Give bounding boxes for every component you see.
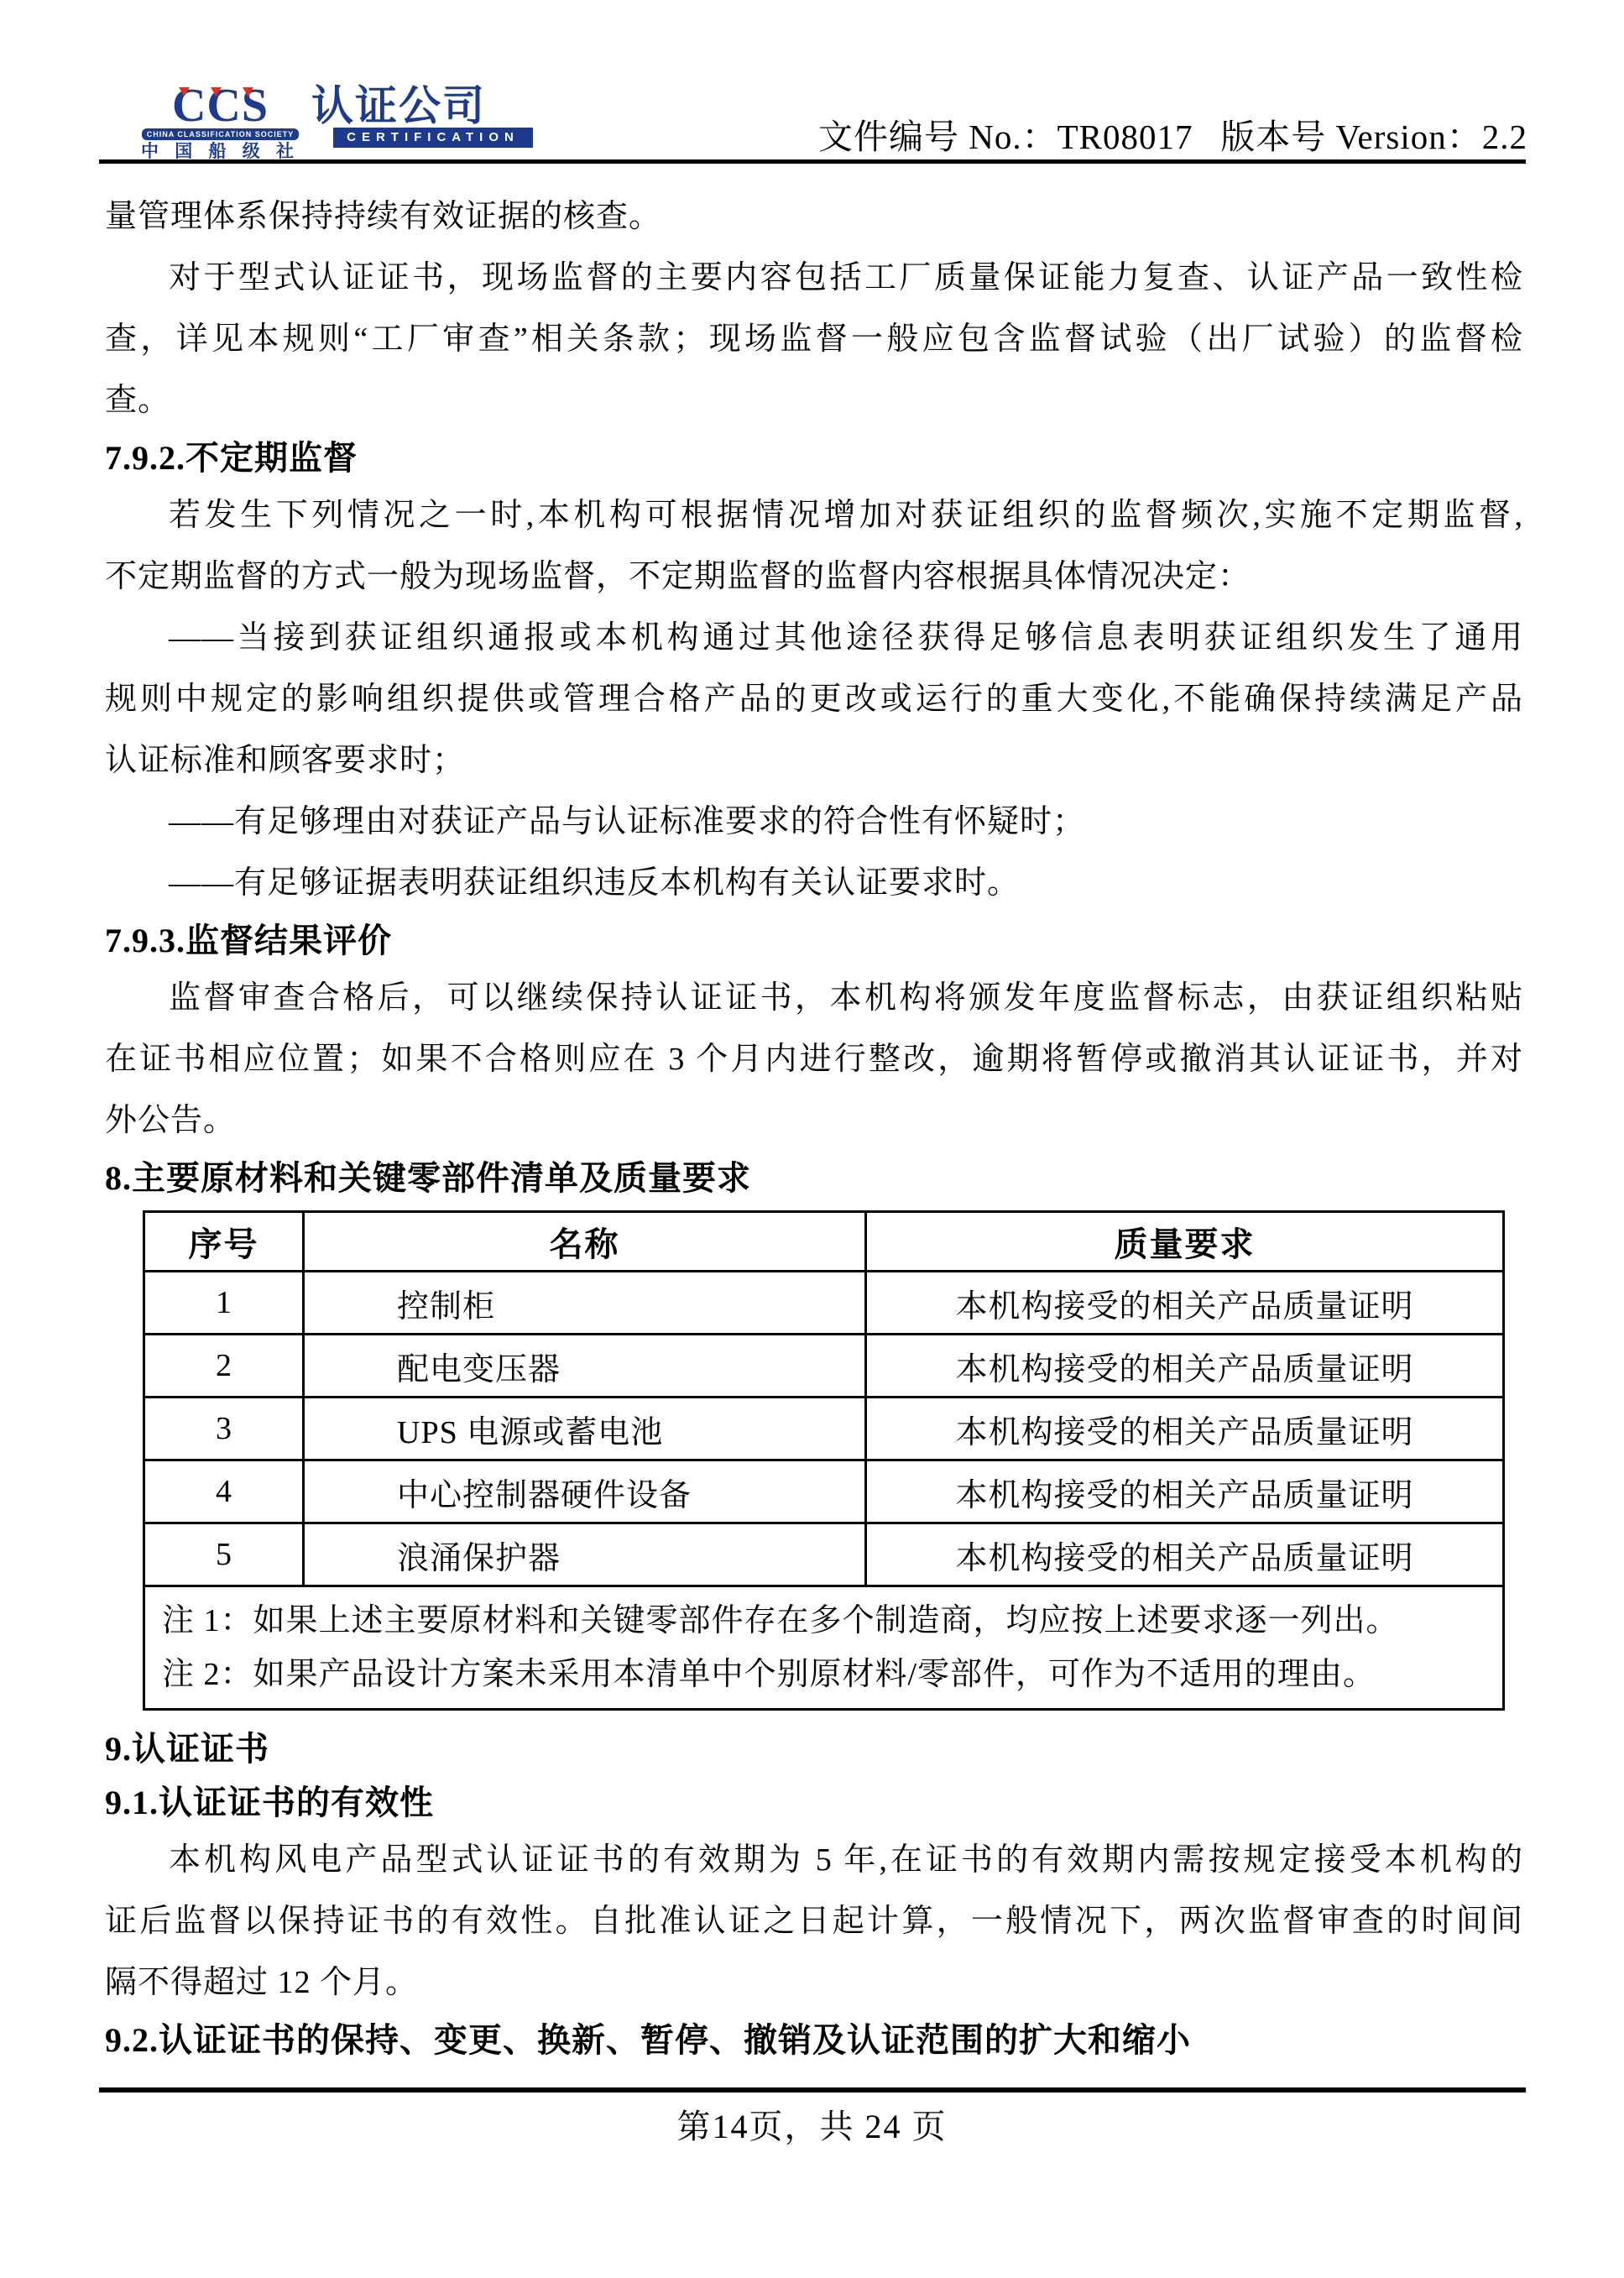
paragraph-line: 若发生下列情况之一时,本机构可根据情况增加对获证组织的监督频次,实施不定期监督, [105,485,1523,546]
cell-req: 本机构接受的相关产品质量证明 [866,1398,1504,1460]
document-meta: 文件编号 No.：TR08017 版本号 Version：2.2 [818,109,1527,159]
table-row: 5 浪涌保护器 本机构接受的相关产品质量证明 [144,1523,1504,1586]
paragraph-line: 隔不得超过 12 个月。 [105,1952,1523,2014]
paragraph-line: 本机构风电产品型式认证证书的有效期为 5 年,在证书的有效期内需按规定接受本机构… [105,1830,1523,1891]
cell-no: 2 [144,1335,304,1398]
cell-name: UPS 电源或蓄电池 [304,1398,866,1460]
paragraph-line: 对于型式认证证书，现场监督的主要内容包括工厂质量保证能力复查、认证产品一致性检 [105,248,1523,309]
ccs-logo: CCS CHINA CLASSIFICATION SOCIETY 中 国 船 级… [141,86,533,161]
paragraph-line: 外公告。 [105,1090,1523,1152]
cell-req: 本机构接受的相关产品质量证明 [866,1460,1504,1523]
header-rule [99,159,1526,164]
materials-table: 序号 名称 质量要求 1 控制柜 本机构接受的相关产品质量证明 2 配电变压器 … [143,1210,1505,1711]
table-notes-row: 注 1：如果上述主要原材料和关键零部件存在多个制造商，均应按上述要求逐一列出。 … [144,1586,1504,1710]
table-row: 2 配电变压器 本机构接受的相关产品质量证明 [144,1335,1504,1398]
logo-society-cn: 中 国 船 级 社 [141,141,300,161]
section-heading-9: 9.认证证书 [105,1722,1523,1776]
cell-name: 浪涌保护器 [304,1523,866,1586]
section-heading-8: 8.主要原材料和关键零部件清单及质量要求 [105,1152,1523,1205]
logo-left-block: CCS CHINA CLASSIFICATION SOCIETY 中 国 船 级… [141,86,300,161]
paragraph-line: 在证书相应位置；如果不合格则应在 3 个月内进行整改，逾期将暂停或撤消其认证证书… [105,1029,1523,1090]
paragraph-line: 量管理体系保持持续有效证据的核查。 [105,186,1523,248]
table-header-row: 序号 名称 质量要求 [144,1212,1504,1272]
paragraph-line: 查，详见本规则“工厂审查”相关条款；现场监督一般应包含监督试验（出厂试验）的监督… [105,309,1523,370]
table-note-1: 注 1：如果上述主要原材料和关键零部件存在多个制造商，均应按上述要求逐一列出。 [162,1594,1494,1648]
cell-no: 4 [144,1460,304,1523]
cell-no: 3 [144,1398,304,1460]
table-row: 3 UPS 电源或蓄电池 本机构接受的相关产品质量证明 [144,1398,1504,1460]
paragraph-line: 证后监督以保持证书的有效性。自批准认证之日起计算，一般情况下，两次监督审查的时间… [105,1891,1523,1952]
page-number: 第14页，共 24 页 [0,2100,1624,2148]
paragraph-line: 规则中规定的影响组织提供或管理合格产品的更改或运行的重大变化,不能确保持续满足产… [105,669,1523,730]
cell-name: 配电变压器 [304,1335,866,1398]
cell-no: 1 [144,1272,304,1335]
table-note-2: 注 2：如果产品设计方案未采用本清单中个别原材料/零部件，可作为不适用的理由。 [162,1648,1494,1701]
paragraph-line: 不定期监督的方式一般为现场监督，不定期监督的监督内容根据具体情况决定： [105,546,1523,608]
section-heading-91: 9.1.认证证书的有效性 [105,1776,1523,1830]
document-body: 量管理体系保持持续有效证据的核查。 对于型式认证证书，现场监督的主要内容包括工厂… [105,186,1523,2067]
logo-company-name: 认证公司 [311,86,533,126]
logo-certification-banner: CERTIFICATION [333,128,533,148]
section-heading-92: 9.2.认证证书的保持、变更、换新、暂停、撤销及认证范围的扩大和缩小 [105,2014,1523,2067]
document-page: CCS CHINA CLASSIFICATION SOCIETY 中 国 船 级… [0,0,1624,2278]
logo-right-block: 认证公司 CERTIFICATION [311,86,533,148]
cell-no: 5 [144,1523,304,1586]
section-heading-793: 7.9.3.监督结果评价 [105,914,1523,968]
paragraph-line: 监督审查合格后，可以继续保持认证证书，本机构将颁发年度监督标志，由获证组织粘贴 [105,968,1523,1029]
paragraph-line: 认证标准和顾客要求时； [105,730,1523,792]
col-header-name: 名称 [304,1212,866,1272]
footer-rule [99,2087,1526,2093]
doc-number: 文件编号 No.：TR08017 [818,109,1193,159]
cell-req: 本机构接受的相关产品质量证明 [866,1523,1504,1586]
paragraph-line: ——有足够理由对获证产品与认证标准要求的符合性有怀疑时； [105,792,1523,853]
col-header-quality: 质量要求 [866,1212,1504,1272]
table-notes-cell: 注 1：如果上述主要原材料和关键零部件存在多个制造商，均应按上述要求逐一列出。 … [144,1586,1504,1710]
cell-name: 中心控制器硬件设备 [304,1460,866,1523]
paragraph-line: ——当接到获证组织通报或本机构通过其他途径获得足够信息表明获证组织发生了通用 [105,608,1523,669]
paragraph-line: 查。 [105,370,1523,431]
version-number: 版本号 Version：2.2 [1220,109,1527,159]
cell-req: 本机构接受的相关产品质量证明 [866,1272,1504,1335]
cell-name: 控制柜 [304,1272,866,1335]
table-row: 1 控制柜 本机构接受的相关产品质量证明 [144,1272,1504,1335]
cell-req: 本机构接受的相关产品质量证明 [866,1335,1504,1398]
col-header-no: 序号 [144,1212,304,1272]
table-row: 4 中心控制器硬件设备 本机构接受的相关产品质量证明 [144,1460,1504,1523]
paragraph-line: ——有足够证据表明获证组织违反本机构有关认证要求时。 [105,853,1523,914]
section-heading-792: 7.9.2.不定期监督 [105,431,1523,485]
